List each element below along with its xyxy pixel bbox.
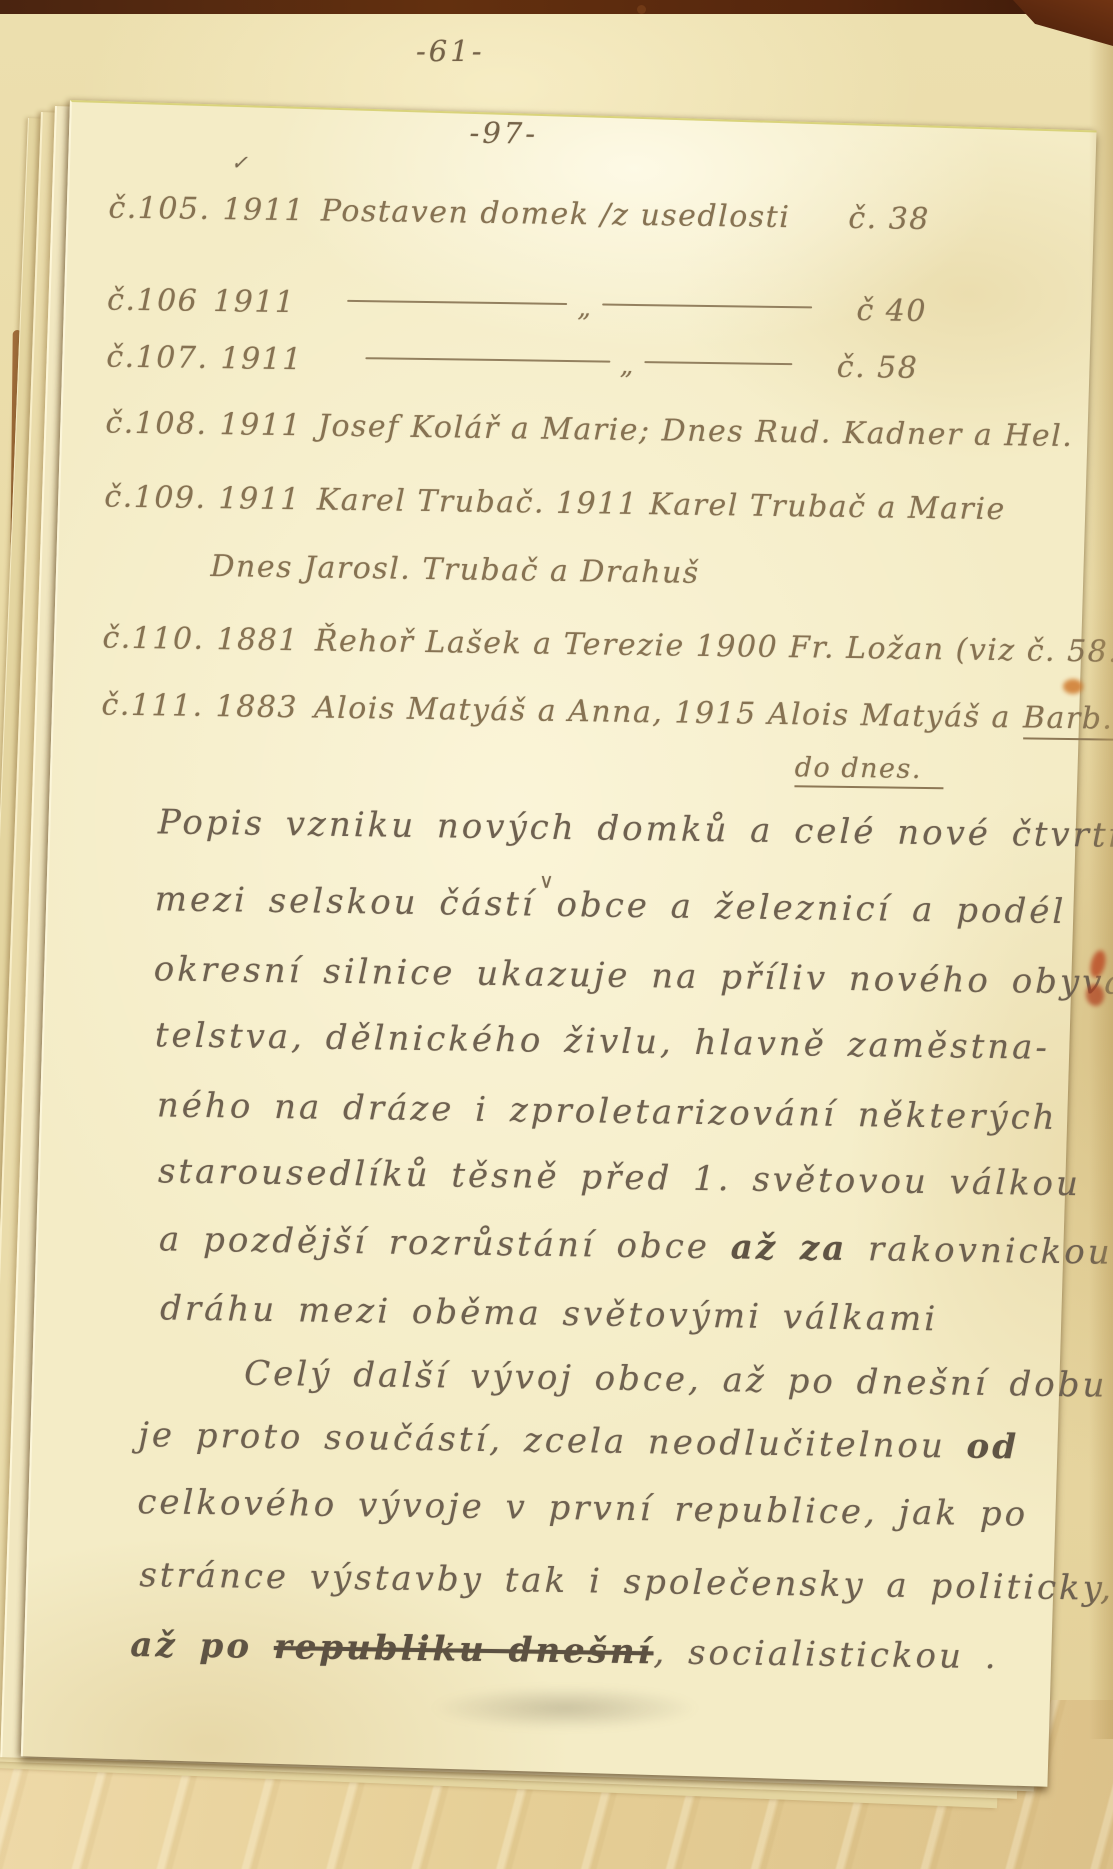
scanned-book-photo: -61- -97- ✓ č.105.1911Postaven domek /z … — [0, 0, 1113, 1869]
entry-number: č.107. — [106, 340, 209, 376]
entry-note-do-dnes: do dnes. — [794, 752, 944, 800]
overwritten-word: od — [966, 1427, 1019, 1468]
entry-number: č.110. — [102, 621, 205, 657]
entry-number: č.111. — [101, 688, 204, 724]
entry-row-109-continued: Dnes Jarosl. Trubač a Drahuš — [210, 549, 700, 602]
entry-year: 1883 — [215, 689, 298, 725]
paragraph2-line3: celkového vývoje v první republice, jak … — [137, 1482, 1028, 1546]
entry-year: 1911 — [220, 341, 303, 377]
manuscript-page: -97- ✓ č.105.1911Postaven domek /z usedl… — [21, 100, 1097, 1787]
paragraph1-line1: Popis vzniku nových domků a celé nové čt… — [157, 802, 1113, 867]
entry-text: Postaven domek /z usedlosti — [321, 194, 791, 236]
entry-year: 1911 — [213, 284, 296, 320]
right-page-edge-shading — [1089, 40, 1113, 1739]
ditto-line — [602, 303, 812, 308]
ditto-line — [645, 361, 793, 365]
ditto-line — [365, 357, 610, 362]
paragraph1-line4: telstva, dělnického živlu, hlavně zaměst… — [154, 1015, 1050, 1079]
entry-number: č.105. — [108, 191, 211, 227]
paragraph2-line5-pre: až po — [130, 1625, 274, 1667]
corrected-words: až za — [730, 1227, 847, 1269]
ditto-mark: „ — [577, 293, 592, 323]
struck-through-words: republiku dnešní — [274, 1627, 654, 1672]
paragraph2-line2-pre: je proto součástí, zcela neodlučitelnou — [138, 1415, 967, 1467]
entry-text: Řehoř Lašek a Terezie 1900 Fr. Ložan (vi… — [315, 624, 1113, 670]
entry-number: č.106 — [107, 283, 201, 319]
house-ref: č 40 — [856, 293, 927, 329]
paragraph1-line6: starousedlíků těsně před 1. světovou vál… — [158, 1151, 1082, 1216]
paragraph1-line7-pre: a pozdější rozrůstání obce — [159, 1219, 731, 1267]
house-ref: č. 58 — [837, 350, 919, 386]
entry-row-111: č.111.1883Alois Matyáš a Anna, 1915 Aloi… — [101, 688, 1113, 748]
entry-year: 1911 — [222, 192, 305, 228]
entry-number: č.108. — [105, 406, 208, 442]
entry-row-107: č.107.1911„č. 58 — [106, 340, 919, 397]
house-ref: č. 38 — [848, 201, 930, 237]
entry-text: Karel Trubač. 1911 Karel Trubač a Marie — [317, 483, 1006, 528]
paragraph2-line1: Celý další vývoj obce, až po dnešní dobu — [244, 1354, 1108, 1418]
paragraph1-line3: okresní silnice ukazuje na příliv nového… — [153, 949, 1113, 1015]
entry-row-108: č.108.1911Josef Kolář a Marie; Dnes Rud.… — [105, 406, 1073, 466]
paragraph1-line7-post: rakovnickou — [847, 1229, 1113, 1273]
entry-text: Josef Kolář a Marie; Dnes Rud. Kadner a … — [318, 409, 1074, 455]
paragraph1-line7: a pozdější rozrůstání obce až za rakovni… — [159, 1219, 1113, 1284]
entry-year: 1911 — [218, 481, 301, 517]
entry-number: č.109. — [104, 480, 207, 516]
entry-year: 1911 — [219, 407, 302, 443]
verso-page-number: -61- — [416, 34, 485, 68]
entry-text: Dnes Jarosl. Trubač a Drahuš — [210, 549, 700, 591]
entry-row-106: č.1061911„č 40 — [107, 283, 927, 340]
dirt-speck — [637, 5, 646, 14]
manuscript-content: -97- ✓ č.105.1911Postaven domek /z usedl… — [49, 102, 1097, 1771]
ink-showthrough-smudge — [430, 1686, 700, 1730]
book-cover-top-edge — [0, 0, 1113, 14]
ditto-mark: „ — [620, 351, 635, 381]
underlined-note: do dnes. — [794, 752, 944, 789]
ditto-line — [348, 300, 568, 305]
entry-row-109: č.109.1911Karel Trubač. 1911 Karel Truba… — [104, 480, 1006, 539]
entry-row-110: č.110.1881Řehoř Lašek a Terezie 1900 Fr.… — [102, 621, 1113, 681]
paragraph2-line5: až po republiku dnešní, socialistickou . — [130, 1625, 999, 1689]
entry-year: 1881 — [216, 622, 299, 658]
paragraph1-line8: dráhu mezi oběma světovými válkami — [160, 1288, 939, 1351]
paragraph1-line2: mezi selskou částí obce a železnicí a po… — [154, 879, 1066, 944]
check-annotation: ✓ — [231, 150, 248, 174]
paragraph1-line5: ného na dráze i zproletarizování některý… — [156, 1085, 1057, 1150]
recto-page-number: -97- — [469, 116, 538, 151]
paragraph2-line4: stránce výstavby tak i společensky a pol… — [139, 1555, 1113, 1621]
entry-row-105: č.105.1911Postaven domek /z usedlostič. … — [108, 191, 930, 248]
entry-text: Alois Matyáš a Anna, 1915 Alois Matyáš a — [314, 690, 1011, 735]
paragraph2-line5-post: , socialistickou . — [653, 1632, 999, 1677]
paragraph2-line2: je proto součástí, zcela neodlučitelnou … — [138, 1415, 1019, 1479]
orange-stain — [1063, 679, 1083, 694]
